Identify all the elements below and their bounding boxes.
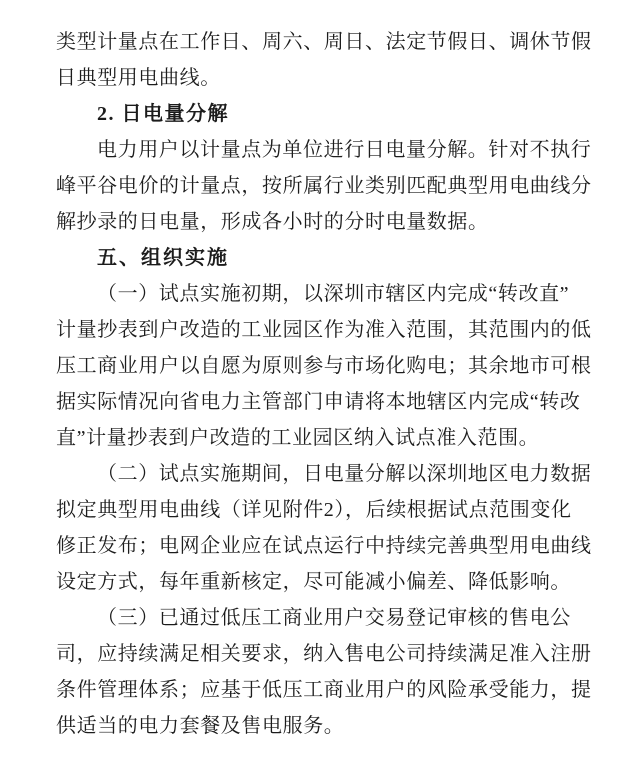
paragraph-item-one: （一）试点实施初期，以深圳市辖区内完成“转改直” 计量抄表到户改造的工业园区作为…	[56, 276, 590, 456]
text-line: 日典型用电曲线。	[56, 60, 590, 96]
text-line: 司，应持续满足相关要求，纳入售电公司持续满足准入注册	[56, 636, 590, 672]
text-line: 据实际情况向省电力主管部门申请将本地辖区内完成“转改	[56, 384, 590, 420]
heading-text: 2. 日电量分解	[56, 96, 590, 132]
text-line: 压工商业用户以自愿为原则参与市场化购电；其余地市可根	[56, 348, 590, 384]
text-line: 类型计量点在工作日、周六、周日、法定节假日、调休节假	[56, 24, 590, 60]
text-line: 设定方式，每年重新核定，尽可能减小偏差、降低影响。	[56, 564, 590, 600]
text-line: 拟定典型用电曲线（详见附件2），后续根据试点范围变化	[56, 492, 590, 528]
heading-daily-energy-decomposition: 2. 日电量分解	[56, 96, 590, 132]
heading-organization-implementation: 五、组织实施	[56, 240, 590, 276]
document-content: 类型计量点在工作日、周六、周日、法定节假日、调休节假 日典型用电曲线。 2. 日…	[56, 24, 590, 744]
document-page: 类型计量点在工作日、周六、周日、法定节假日、调休节假 日典型用电曲线。 2. 日…	[0, 0, 625, 775]
paragraph-daily-energy-decomposition-body: 电力用户以计量点为单位进行日电量分解。针对不执行 峰平谷电价的计量点，按所属行业…	[56, 132, 590, 240]
text-line: 供适当的电力套餐及售电服务。	[56, 708, 590, 744]
paragraph-typical-curve-continuation: 类型计量点在工作日、周六、周日、法定节假日、调休节假 日典型用电曲线。	[56, 24, 590, 96]
text-line: 计量抄表到户改造的工业园区作为准入范围，其范围内的低	[56, 312, 590, 348]
heading-text: 五、组织实施	[56, 240, 590, 276]
text-line: 电力用户以计量点为单位进行日电量分解。针对不执行	[56, 132, 590, 168]
text-line: 直”计量抄表到户改造的工业园区纳入试点准入范围。	[56, 420, 590, 456]
text-line: 修正发布；电网企业应在试点运行中持续完善典型用电曲线	[56, 528, 590, 564]
text-line: 解抄录的日电量，形成各小时的分时电量数据。	[56, 204, 590, 240]
text-line: （三）已通过低压工商业用户交易登记审核的售电公	[56, 600, 590, 636]
text-line: （一）试点实施初期，以深圳市辖区内完成“转改直”	[56, 276, 590, 312]
paragraph-item-three: （三）已通过低压工商业用户交易登记审核的售电公 司，应持续满足相关要求，纳入售电…	[56, 600, 590, 744]
text-line: 条件管理体系；应基于低压工商业用户的风险承受能力，提	[56, 672, 590, 708]
text-line: （二）试点实施期间，日电量分解以深圳地区电力数据	[56, 456, 590, 492]
paragraph-item-two: （二）试点实施期间，日电量分解以深圳地区电力数据 拟定典型用电曲线（详见附件2）…	[56, 456, 590, 600]
text-line: 峰平谷电价的计量点，按所属行业类别匹配典型用电曲线分	[56, 168, 590, 204]
